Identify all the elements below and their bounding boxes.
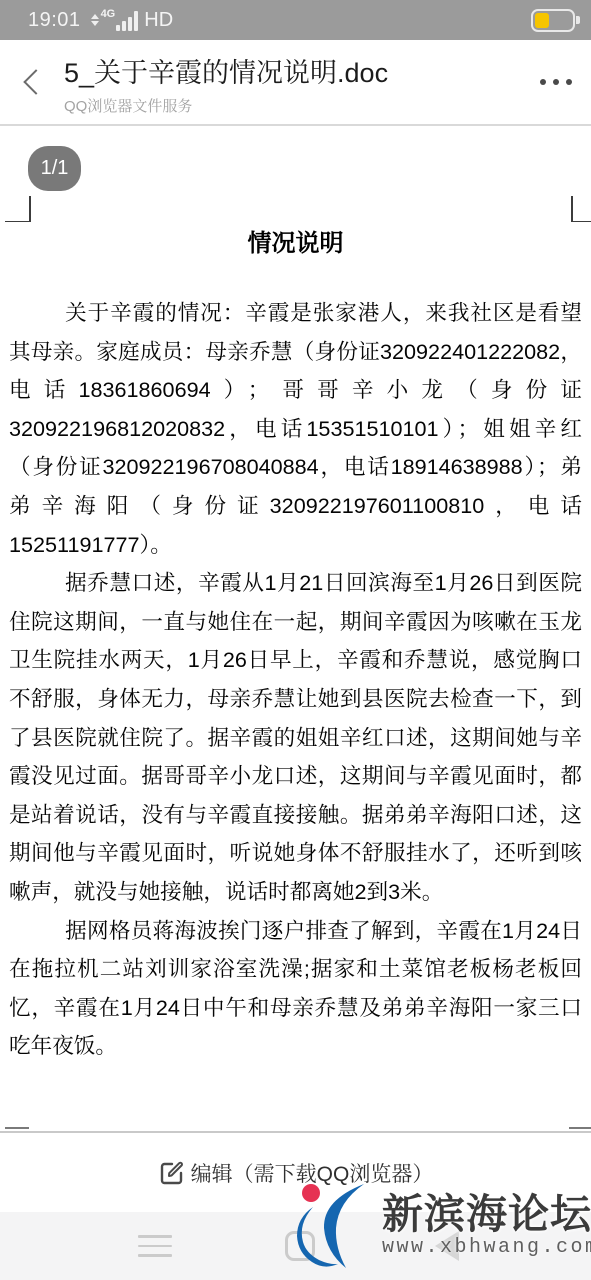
site-url: www.xbhwang.com [382,1236,591,1259]
battery-icon [531,9,575,32]
watermark-text: 新滨海论坛 www.xbhwang.com [382,1180,591,1270]
back-button[interactable] [0,39,64,125]
signal-bars-icon [116,11,138,31]
page-corner-mark [572,221,591,223]
hd-indicator: HD [144,9,173,32]
paragraph: 关于辛霞的情况：辛霞是张家港人，来我社区是看望其母亲。家庭成员：母亲乔慧（身份证… [9,294,582,564]
page-corner-mark [571,196,573,222]
site-name: 新滨海论坛 [382,1194,591,1234]
document-viewer[interactable]: 1/1 情况说明 关于辛霞的情况：辛霞是张家港人，来我社区是看望其母亲。家庭成员… [0,126,591,1131]
paragraph: 据网格员蒋海波挨门逐户排查了解到，辛霞在1月24日在拖拉机二站刘训家浴室洗澡;据… [9,912,582,1066]
menu-icon [138,1235,172,1257]
page-corner-mark [5,1127,29,1129]
signal-strength-icon: 4G [91,9,139,31]
page-indicator-badge: 1/1 [28,146,81,191]
clock: 19:01 [28,9,81,32]
more-options-button[interactable] [521,39,591,125]
page-corner-mark [569,1127,591,1129]
site-watermark: 新滨海论坛 www.xbhwang.com [286,1180,591,1270]
document-filename: 5_关于辛霞的情况说明.doc [64,51,521,90]
page-corner-mark [29,196,31,222]
header-text: 5_关于辛霞的情况说明.doc QQ浏览器文件服务 [64,49,521,116]
paragraph: 据乔慧口述，辛霞从1月21日回滨海至1月26日到医院住院这期间，一直与她住在一起… [9,564,582,911]
chevron-left-icon [23,69,48,94]
document-title: 情况说明 [0,223,591,258]
ellipsis-icon [540,79,546,85]
document-body: 关于辛霞的情况：辛霞是张家港人，来我社区是看望其母亲。家庭成员：母亲乔慧（身份证… [0,294,591,1066]
data-activity-icon [91,9,99,31]
page-corner-mark [5,221,30,223]
battery-level [535,13,549,28]
forum-logo-icon [286,1180,382,1270]
app-header: 5_关于辛霞的情况说明.doc QQ浏览器文件服务 [0,40,591,126]
nav-menu-button[interactable] [120,1212,190,1280]
status-bar: 19:01 4G HD [0,0,591,40]
edit-compose-icon [158,1159,186,1187]
service-subtitle: QQ浏览器文件服务 [64,95,521,116]
network-type-label: 4G [101,9,116,20]
phone-screen: 19:01 4G HD 5_关于辛霞的情况说明.doc QQ浏览器文件服务 1/… [0,0,591,1280]
